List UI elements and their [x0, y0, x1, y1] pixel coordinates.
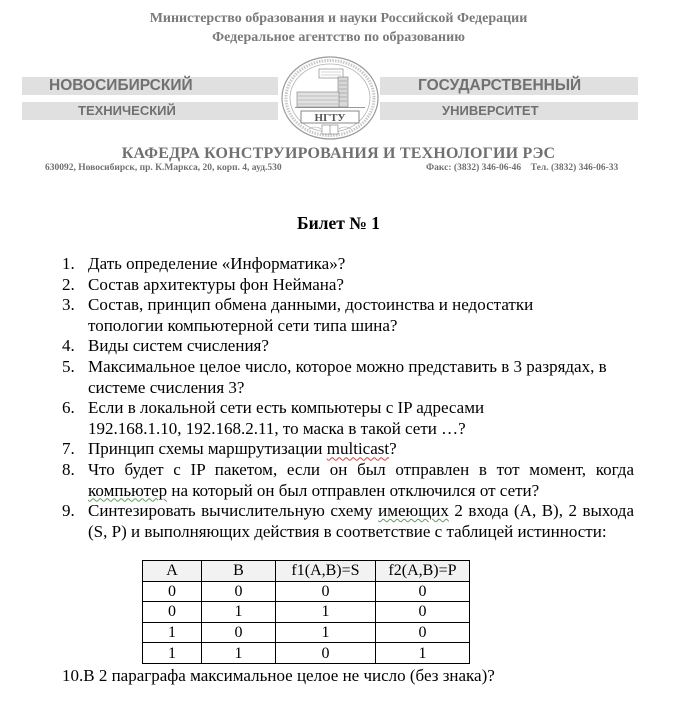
- truth-table: A B f1(A,B)=S f2(A,B)=P 0 0 0 0 0 1 1 0 …: [142, 560, 470, 664]
- question-text-line2: 192.168.1.10, 192.168.2.11, то маска в т…: [88, 419, 634, 440]
- department-contacts: Факс: (3832) 346-06-46 Тел. (3832) 346-0…: [426, 163, 618, 173]
- column-header-s: f1(A,B)=S: [276, 561, 376, 582]
- question-list: 1. Дать определение «Информатика»? 2. Со…: [62, 254, 634, 542]
- university-word-university: УНИВЕРСИТЕТ: [380, 102, 638, 120]
- university-seal-icon: НГТУ: [279, 55, 381, 141]
- table-cell: 0: [376, 622, 470, 643]
- grammar-flagged-word[interactable]: компьютер: [88, 481, 167, 500]
- question-text-part: Принцип схемы маршрутизации: [88, 439, 327, 458]
- agency-name: Федеральное агентство по образованию: [0, 30, 677, 46]
- question-number: 5.: [62, 357, 75, 378]
- question-text-part: Что будет с IP пакетом, если он был отпр…: [88, 460, 634, 479]
- question-text-line1: Если в локальной сети есть компьютеры с …: [88, 398, 634, 419]
- column-header-a: A: [143, 561, 202, 582]
- table-cell: 1: [202, 643, 276, 664]
- ministry-name: Министерство образования и науки Российс…: [0, 11, 677, 27]
- table-cell: 0: [143, 602, 202, 623]
- table-cell: 0: [276, 643, 376, 664]
- question-text: В 2 параграфа максимальное целое не числ…: [83, 666, 495, 685]
- question-text-part: Синтезировать вычислительную схему: [88, 501, 378, 520]
- table-cell: 1: [276, 602, 376, 623]
- table-row: 0 0 0 0: [143, 581, 470, 602]
- question-text: Максимальное целое число, которое можно …: [88, 357, 607, 397]
- question-number: 1.: [62, 254, 75, 275]
- question-text: Принцип схемы маршрутизации multicast?: [88, 439, 397, 458]
- department-address: 630092, Новосибирск, пр. К.Маркса, 20, к…: [45, 163, 282, 173]
- question-text-part: ?: [389, 439, 397, 458]
- table-cell: 0: [202, 622, 276, 643]
- question-number: 9.: [62, 501, 75, 522]
- question-item: 2. Состав архитектуры фон Неймана?: [62, 275, 634, 296]
- ticket-title: Билет № 1: [0, 213, 677, 234]
- question-item: 5. Максимальное целое число, которое мож…: [62, 357, 634, 398]
- table-row: 1 0 1 0: [143, 622, 470, 643]
- table-cell: 0: [276, 581, 376, 602]
- column-header-b: B: [202, 561, 276, 582]
- question-text: Состав архитектуры фон Неймана?: [88, 275, 344, 294]
- question-number: 2.: [62, 275, 75, 296]
- university-word-technical: ТЕХНИЧЕСКИЙ: [22, 102, 278, 120]
- question-text: Синтезировать вычислительную схему имеющ…: [88, 501, 634, 542]
- table-cell: 0: [376, 602, 470, 623]
- question-number: 4.: [62, 336, 75, 357]
- question-item: 8. Что будет с IP пакетом, если он был о…: [62, 460, 634, 501]
- spellcheck-flagged-word[interactable]: multicast: [327, 439, 389, 458]
- question-text-part: на который он был отправлен отключился о…: [167, 481, 539, 500]
- table-cell: 0: [376, 581, 470, 602]
- question-number: 8.: [62, 460, 75, 481]
- table-cell: 1: [376, 643, 470, 664]
- question-item: 4. Виды систем счисления?: [62, 336, 634, 357]
- seal-abbreviation: НГТУ: [315, 112, 346, 124]
- table-cell: 0: [143, 581, 202, 602]
- table-row: 1 1 0 1: [143, 643, 470, 664]
- university-word-novosibirsk: НОВОСИБИРСКИЙ: [22, 77, 278, 95]
- question-item: 9. Синтезировать вычислительную схему им…: [62, 501, 634, 542]
- question-item: 7. Принцип схемы маршрутизации multicast…: [62, 439, 634, 460]
- table-cell: 1: [202, 602, 276, 623]
- question-text: Виды систем счисления?: [88, 336, 269, 355]
- question-item: 3. Состав, принцип обмена данными, досто…: [62, 295, 634, 336]
- question-item: 6. Если в локальной сети есть компьютеры…: [62, 398, 634, 439]
- table-cell: 1: [143, 622, 202, 643]
- question-number: 3.: [62, 295, 75, 316]
- question-number: 10.: [62, 666, 83, 685]
- column-header-p: f2(A,B)=P: [376, 561, 470, 582]
- question-item: 10.В 2 параграфа максимальное целое не ч…: [62, 666, 495, 687]
- question-text: Дать определение «Информатика»?: [88, 254, 345, 273]
- table-row: 0 1 1 0: [143, 602, 470, 623]
- grammar-flagged-word[interactable]: имеющих: [378, 501, 449, 520]
- table-cell: 0: [202, 581, 276, 602]
- table-cell: 1: [276, 622, 376, 643]
- truth-table-header-row: A B f1(A,B)=S f2(A,B)=P: [143, 561, 470, 582]
- department-name: КАФЕДРА КОНСТРУИРОВАНИЯ И ТЕХНОЛОГИИ РЭС: [0, 145, 677, 163]
- question-number: 6.: [62, 398, 75, 419]
- table-cell: 1: [143, 643, 202, 664]
- question-number: 7.: [62, 439, 75, 460]
- question-text: Состав, принцип обмена данными, достоинс…: [88, 295, 533, 335]
- university-word-state: ГОСУДАРСТВЕННЫЙ: [380, 77, 638, 95]
- question-item: 1. Дать определение «Информатика»?: [62, 254, 634, 275]
- question-text: Что будет с IP пакетом, если он был отпр…: [88, 460, 634, 501]
